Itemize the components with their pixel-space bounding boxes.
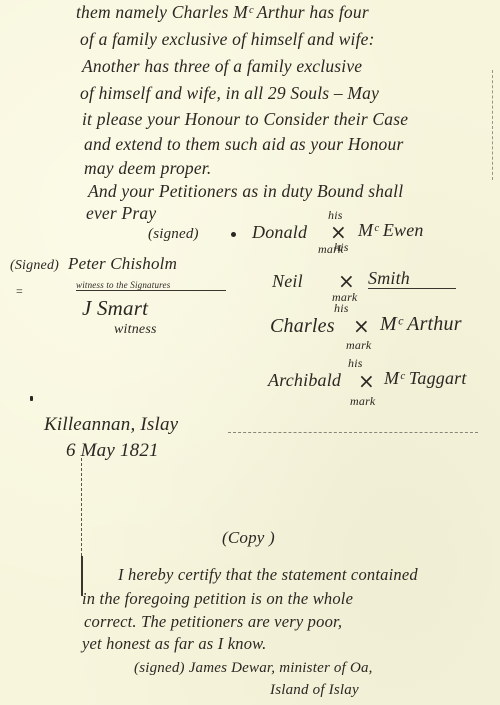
signer-2-cross-mark: × [338, 271, 355, 291]
signer-3-last: Mᶜ Arthur [380, 313, 462, 336]
mark-label-4: mark [350, 394, 375, 409]
petition-line-8: And your Petitioners as in duty Bound sh… [88, 181, 403, 202]
place-line: Killeannan, Islay [44, 414, 178, 436]
petition-line-4: of himself and wife, in all 29 Souls – M… [80, 83, 379, 104]
place-dotted-line [228, 432, 478, 433]
certificate-location-line: Island of Islay [270, 682, 359, 699]
ink-dot [30, 396, 33, 401]
certificate-heading: (Copy ) [222, 528, 275, 548]
petition-line-5: it please your Honour to Consider their … [82, 109, 408, 130]
certificate-line-3: correct. The petitioners are very poor, [84, 612, 342, 632]
witness-2-role: witness [114, 322, 157, 338]
witness-1-role: witness to the Signatures [76, 280, 170, 290]
petition-line-9: ever Pray [86, 203, 156, 224]
certificate-line-2: in the foregoing petition is on the whol… [82, 589, 353, 609]
signer-2-last: Smith [368, 268, 410, 289]
signer-3-first: Charles [270, 315, 335, 338]
signer-2-underline [368, 288, 456, 289]
petition-line-3: Another has three of a family exclusive [82, 56, 362, 77]
certificate-line-4: yet honest as far as I know. [82, 634, 266, 654]
document-page: them namely Charles Mᶜ Arthur has four o… [0, 0, 500, 705]
signer-2-first: Neil [272, 271, 303, 292]
signer-3-cross-mark: × [353, 316, 370, 336]
date-line: 6 May 1821 [66, 440, 159, 462]
ink-blot [231, 232, 236, 237]
witness-signed-label: (Signed) [10, 258, 59, 274]
petition-line-6: and extend to them such aid as your Hono… [84, 134, 403, 155]
mark-label-3: mark [346, 338, 371, 353]
right-margin-rule [492, 70, 493, 180]
signer-4-cross-mark: × [358, 371, 375, 391]
certificate-signed-line: (signed) James Dewar, minister of Oa, [134, 660, 373, 677]
his-label-2: his [334, 240, 349, 255]
his-label-3: his [334, 301, 349, 316]
certificate-line-1: I hereby certify that the statement cont… [118, 565, 418, 585]
witness-1-underline [76, 290, 226, 291]
petition-line-1: them namely Charles Mᶜ Arthur has four [76, 2, 369, 23]
margin-mark: = [16, 284, 23, 299]
signed-label: (signed) [148, 226, 199, 243]
witness-2-name: J Smart [82, 296, 148, 321]
signer-1-cross-mark: × [330, 222, 347, 242]
petition-line-7: may deem proper. [84, 158, 211, 179]
signer-4-first: Archibald [268, 370, 341, 391]
signer-1-last: Mᶜ Ewen [358, 220, 424, 241]
witness-1-name: Peter Chisholm [68, 254, 177, 274]
petition-line-2: of a family exclusive of himself and wif… [80, 29, 375, 50]
signer-1-first: Donald [252, 222, 307, 243]
signer-4-last: Mᶜ Taggart [384, 368, 467, 389]
